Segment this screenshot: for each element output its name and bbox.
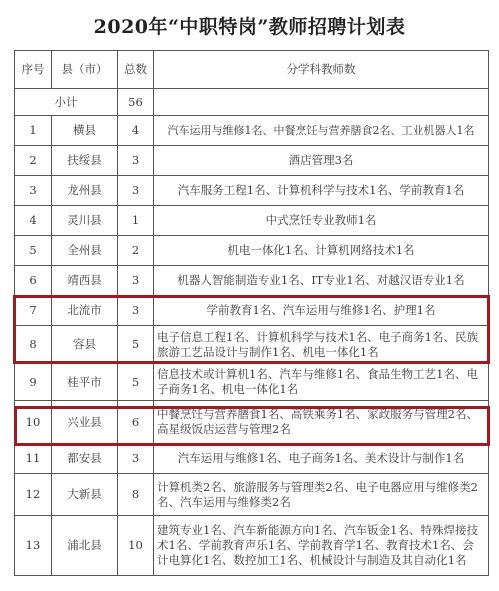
row-total: 6 — [118, 401, 154, 444]
subtotal-label: 小计 — [15, 89, 118, 116]
row-total: 5 — [118, 326, 154, 364]
row-no: 12 — [15, 474, 52, 516]
row-subjects: 中式烹饪专业教师1名 — [154, 206, 489, 236]
row-county: 全州县 — [52, 236, 118, 266]
row-total: 3 — [118, 146, 154, 176]
recruitment-plan-table: 序号 县（市） 总数 分学科教师数 小计 56 1 横县 4 汽车运用与维修1名… — [14, 50, 489, 576]
row-total: 3 — [118, 296, 154, 326]
table-row: 12 大新县 8 计算机类2名、旅游服务与管理类2名、电子电器应用与维修类2名、… — [15, 474, 489, 516]
row-subjects: 建筑专业1名、汽车新能源方向1名、汽车钣金1名、特殊焊接技术1名、学前教育声乐1… — [154, 516, 489, 576]
row-county: 横县 — [52, 116, 118, 146]
row-subjects: 计算机类2名、旅游服务与管理类2名、电子电器应用与维修类2名、汽车运用与维修类2… — [154, 474, 489, 516]
table-row: 5 全州县 2 机电一体化1名、计算机网络技术1名 — [15, 236, 489, 266]
table-row: 6 靖西县 3 机器人智能制造专业1名、IT专业1名、对越汉语专业1名 — [15, 266, 489, 296]
table-row: 2 扶绥县 3 酒店管理3名 — [15, 146, 489, 176]
table-row: 13 浦北县 10 建筑专业1名、汽车新能源方向1名、汽车钣金1名、特殊焊接技术… — [15, 516, 489, 576]
header-no: 序号 — [15, 51, 52, 89]
row-subjects: 电子信息工程1名、计算机科学与技术1名、电子商务1名、民族旅游工艺品设计与制作1… — [154, 326, 489, 364]
row-no: 13 — [15, 516, 52, 576]
table-row: 3 龙州县 3 汽车服务工程1名、计算机科学与技术1名、学前教育1名 — [15, 176, 489, 206]
table-row: 9 桂平市 5 信息技术或计算机1名、汽车与维修1名、食品生物工艺1名、电子商务… — [15, 364, 489, 401]
row-no: 6 — [15, 266, 52, 296]
row-subjects: 中餐烹饪与营养膳食1名、高铁乘务1名、家政服务与管理2名、高星级饭店运营与管理2… — [154, 401, 489, 444]
row-total: 2 — [118, 236, 154, 266]
row-no: 8 — [15, 326, 52, 364]
table-row: 11 都安县 3 汽车运用与维修1名、电子商务1名、美术设计与制作1名 — [15, 444, 489, 474]
row-subjects: 汽车服务工程1名、计算机科学与技术1名、学前教育1名 — [154, 176, 489, 206]
row-no: 5 — [15, 236, 52, 266]
page-title: 2020年“中职特岗”教师招聘计划表 — [0, 12, 499, 39]
row-county: 靖西县 — [52, 266, 118, 296]
row-total: 4 — [118, 116, 154, 146]
row-total: 3 — [118, 266, 154, 296]
row-total: 10 — [118, 516, 154, 576]
row-subjects: 学前教育1名、汽车运用与维修1名、护理1名 — [154, 296, 489, 326]
row-subjects: 汽车运用与维修1名、电子商务1名、美术设计与制作1名 — [154, 444, 489, 474]
row-total: 5 — [118, 364, 154, 401]
row-no: 10 — [15, 401, 52, 444]
row-no: 4 — [15, 206, 52, 236]
table-row: 4 灵川县 1 中式烹饪专业教师1名 — [15, 206, 489, 236]
row-county: 龙州县 — [52, 176, 118, 206]
table-row: 7 北流市 3 学前教育1名、汽车运用与维修1名、护理1名 — [15, 296, 489, 326]
row-county: 容县 — [52, 326, 118, 364]
table-header-row: 序号 县（市） 总数 分学科教师数 — [15, 51, 489, 89]
row-total: 1 — [118, 206, 154, 236]
row-county: 扶绥县 — [52, 146, 118, 176]
row-subjects: 信息技术或计算机1名、汽车与维修1名、食品生物工艺1名、电子商务1名、机电一体化… — [154, 364, 489, 401]
header-total: 总数 — [118, 51, 154, 89]
row-no: 9 — [15, 364, 52, 401]
row-total: 3 — [118, 176, 154, 206]
row-county: 大新县 — [52, 474, 118, 516]
row-total: 3 — [118, 444, 154, 474]
row-no: 3 — [15, 176, 52, 206]
row-county: 浦北县 — [52, 516, 118, 576]
subtotal-total: 56 — [118, 89, 154, 116]
table-row: 10 兴业县 6 中餐烹饪与营养膳食1名、高铁乘务1名、家政服务与管理2名、高星… — [15, 401, 489, 444]
row-subjects: 机器人智能制造专业1名、IT专业1名、对越汉语专业1名 — [154, 266, 489, 296]
row-county: 北流市 — [52, 296, 118, 326]
row-subjects: 酒店管理3名 — [154, 146, 489, 176]
row-total: 8 — [118, 474, 154, 516]
table-row: 8 容县 5 电子信息工程1名、计算机科学与技术1名、电子商务1名、民族旅游工艺… — [15, 326, 489, 364]
row-no: 2 — [15, 146, 52, 176]
row-no: 11 — [15, 444, 52, 474]
subtotal-subjects — [154, 89, 489, 116]
row-county: 都安县 — [52, 444, 118, 474]
table-row: 1 横县 4 汽车运用与维修1名、中餐烹饪与营养膳食2名、工业机器人1名 — [15, 116, 489, 146]
row-no: 1 — [15, 116, 52, 146]
row-no: 7 — [15, 296, 52, 326]
row-county: 灵川县 — [52, 206, 118, 236]
header-subjects: 分学科教师数 — [154, 51, 489, 89]
row-county: 桂平市 — [52, 364, 118, 401]
subtotal-row: 小计 56 — [15, 89, 489, 116]
header-county: 县（市） — [52, 51, 118, 89]
row-subjects: 汽车运用与维修1名、中餐烹饪与营养膳食2名、工业机器人1名 — [154, 116, 489, 146]
row-subjects: 机电一体化1名、计算机网络技术1名 — [154, 236, 489, 266]
row-county: 兴业县 — [52, 401, 118, 444]
